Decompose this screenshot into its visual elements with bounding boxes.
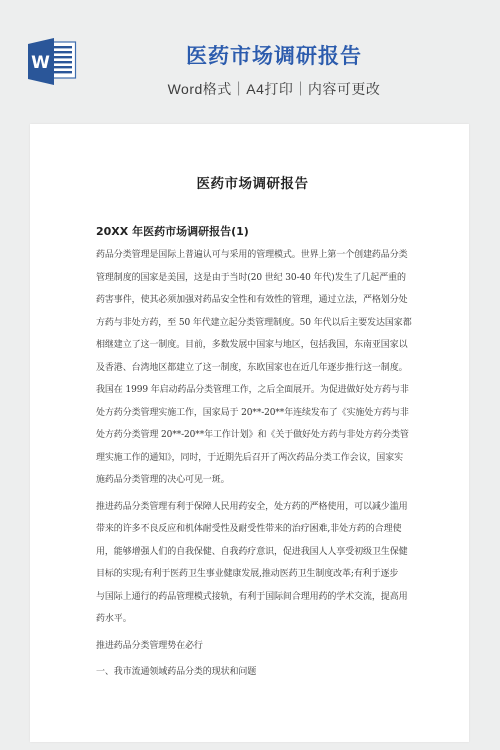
- paragraph-line: 我国在 1999 年启动药品分类管理工作，之后全面展开。为促进做好处方药与非: [96, 379, 409, 402]
- paragraph-line: 及香港、台湾地区都建立了这一制度，东欧国家也在近几年逐步推行这一制度。: [96, 357, 409, 380]
- paragraph-line: 处方药分类管理 20**-20**年工作计划》和《关于做好处方药与非处方药分类管: [96, 424, 409, 447]
- paragraph-line: 带来的许多不良反应和机体耐受性及耐受性带来的治疗困难,非处方药的合理使: [96, 518, 409, 541]
- paragraph: 推进药品分类管理势在必行: [96, 635, 409, 658]
- paragraph-line: 方药与非处方药，至 50 年代建立起分类管理制度。50 年代以后主要发达国家都: [96, 312, 409, 335]
- paragraph-line: 推进药品分类管理势在必行: [96, 635, 409, 658]
- paragraph-line: 理实施工作的通知》，同时，于近期先后召开了两次药品分类工作会议，国家实: [96, 447, 409, 470]
- paragraph: 一、我市流通领域药品分类的现状和问题: [96, 661, 409, 684]
- paragraph-line: 一、我市流通领域药品分类的现状和问题: [96, 661, 409, 684]
- paragraph-line: 管理制度的国家是美国，这是由于当时(20 世纪 30-40 年代)发生了几起严重…: [96, 267, 409, 290]
- paragraph: 推进药品分类管理有利于保障人民用药安全，处方药的严格使用，可以减少滥用带来的许多…: [96, 496, 409, 631]
- document-page: 医药市场调研报告 20XX 年医药市场调研报告(1) 药品分类管理是国际上普遍认…: [30, 124, 469, 742]
- paragraph-line: 目标的实现;有利于医药卫生事业健康发展,推动医药卫生制度改革;有利于逐步: [96, 563, 409, 586]
- paragraph-line: 药品分类管理是国际上普遍认可与采用的管理模式。世界上第一个创建药品分类: [96, 244, 409, 267]
- document-heading: 20XX 年医药市场调研报告(1): [96, 225, 409, 238]
- header-text: 医药市场调研报告 Word格式｜A4打印｜内容可更改: [58, 40, 490, 99]
- template-preview-page: { "header": { "title": "医药市场调研报告", "subt…: [0, 0, 500, 750]
- document-page-inner: 医药市场调研报告 20XX 年医药市场调研报告(1) 药品分类管理是国际上普遍认…: [30, 124, 469, 684]
- paragraph-line: 药害事件，使其必须加强对药品安全性和有效性的管理，通过立法，严格划分处: [96, 289, 409, 312]
- template-subtitle: Word格式｜A4打印｜内容可更改: [58, 79, 490, 99]
- paragraph-line: 推进药品分类管理有利于保障人民用药安全，处方药的严格使用，可以减少滥用: [96, 496, 409, 519]
- document-title: 医药市场调研报告: [96, 176, 409, 192]
- paragraph-line: 施药品分类管理的决心可见一斑。: [96, 469, 409, 492]
- paragraph-line: 与国际上通行的药品管理模式接轨，有利于国际间合理用药的学术交流，提高用: [96, 586, 409, 609]
- header: W 医药市场调研报告 Word格式｜A4打印｜内容可更改: [0, 0, 500, 124]
- paragraph-line: 处方药分类管理实施工作，国家局于 20**-20**年连续发布了《实施处方药与非: [96, 402, 409, 425]
- paragraph-line: 相继建立了这一制度。目前，多数发展中国家与地区，包括我国，东南亚国家以: [96, 334, 409, 357]
- document-body: 药品分类管理是国际上普遍认可与采用的管理模式。世界上第一个创建药品分类管理制度的…: [96, 244, 409, 684]
- paragraph-line: 药水平。: [96, 608, 409, 631]
- paragraph: 药品分类管理是国际上普遍认可与采用的管理模式。世界上第一个创建药品分类管理制度的…: [96, 244, 409, 492]
- paragraph-line: 用，能够增强人们的自我保健、自我药疗意识，促进我国人人享受初级卫生保健: [96, 541, 409, 564]
- template-title: 医药市场调研报告: [58, 40, 490, 70]
- word-icon-letter: W: [31, 53, 50, 73]
